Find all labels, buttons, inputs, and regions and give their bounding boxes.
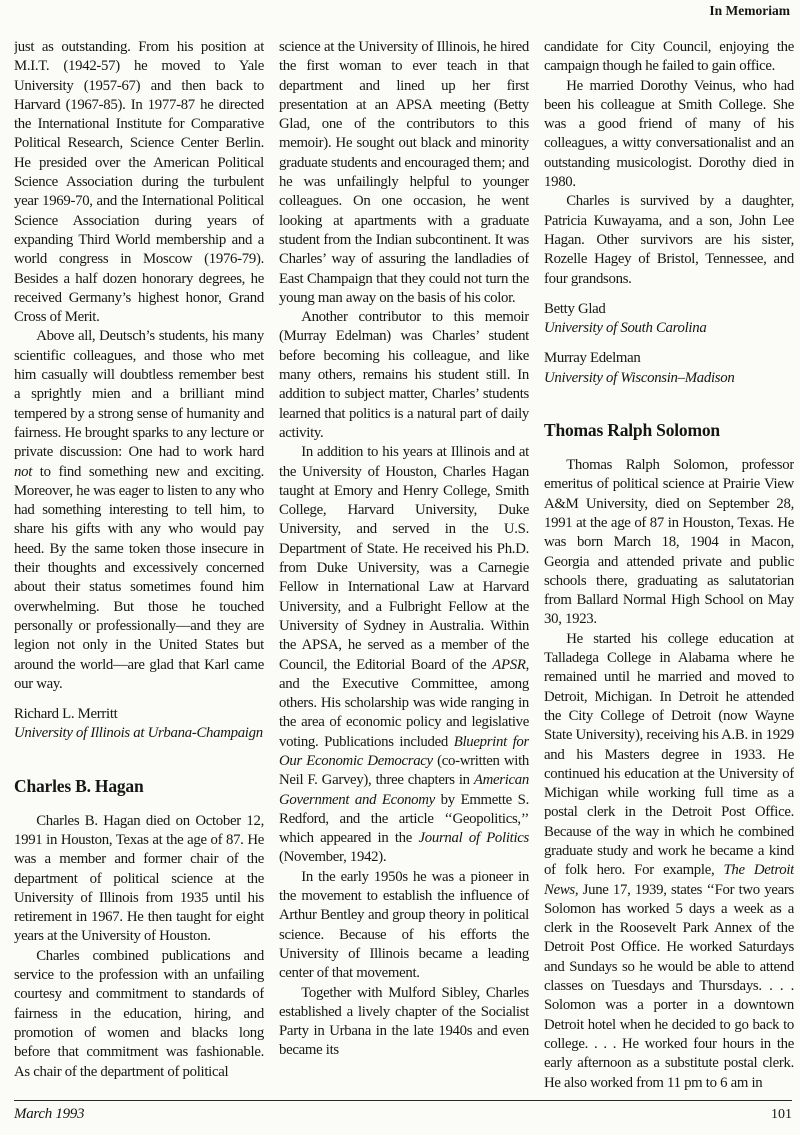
paragraph: Charles combined publications and servic… <box>14 947 264 1082</box>
paragraph: science at the University of Illinois, h… <box>279 38 529 308</box>
text-run: Richard L. Merritt <box>14 706 118 722</box>
paragraph: Together with Mulford Sibley, Charles es… <box>279 984 529 1061</box>
text-run: University of Illinois at Urbana-Champai… <box>14 725 263 741</box>
paragraph: Thomas Ralph Solomon, professor emeritus… <box>544 456 794 630</box>
text-run: University of Wisconsin–Madison <box>544 370 734 386</box>
text-run: (November, 1942). <box>279 849 386 865</box>
text-run: Charles is survived by a daughter, Patri… <box>544 193 794 286</box>
page-number: 101 <box>771 1107 792 1123</box>
text-run: Thomas Ralph Solomon <box>544 420 720 440</box>
text-run: University of South Carolina <box>544 320 706 336</box>
text-run: Thomas Ralph Solomon, professor emeritus… <box>544 457 794 627</box>
signature-name: Richard L. Merritt <box>14 705 264 724</box>
paragraph: candidate for City Council, enjoying the… <box>544 38 794 77</box>
text-run: In addition to his years at Illinois and… <box>279 444 529 672</box>
italic-run: Journal of Politics <box>418 830 529 846</box>
paragraph: In addition to his years at Illinois and… <box>279 443 529 868</box>
text-run: Above all, Deutsch’s students, his many … <box>14 328 264 460</box>
paragraph: Charles is survived by a daughter, Patri… <box>544 192 794 288</box>
paragraph: Charles B. Hagan died on October 12, 199… <box>14 812 264 947</box>
column-3: candidate for City Council, enjoying the… <box>544 38 794 1108</box>
text-run: Murray Edelman <box>544 350 640 366</box>
text-run: to find something new and exciting. More… <box>14 464 264 692</box>
signature-affiliation: University of Illinois at Urbana-Champai… <box>14 724 264 743</box>
paragraph: Above all, Deutsch’s students, his many … <box>14 327 264 694</box>
paragraph: He started his college education at Tall… <box>544 630 794 1093</box>
paragraph: just as outstanding. From his position a… <box>14 38 264 327</box>
column-1: just as outstanding. From his position a… <box>14 38 264 1108</box>
obituary-title: Charles B. Hagan <box>14 776 264 797</box>
text-run: Betty Glad <box>544 301 606 317</box>
text-run: just as outstanding. From his position a… <box>14 39 264 325</box>
text-run: Charles combined publications and servic… <box>14 948 264 1080</box>
text-run: , June 17, 1939, states ‘‘For two years … <box>544 882 794 1091</box>
text-run: In the early 1950s he was a pioneer in t… <box>279 869 529 981</box>
page-footer: March 1993 101 <box>14 1106 792 1123</box>
italic-run: not <box>14 464 32 480</box>
column-2: science at the University of Illinois, h… <box>279 38 529 1108</box>
issue-date: March 1993 <box>14 1106 84 1123</box>
text-run: candidate for City Council, enjoying the… <box>544 39 794 74</box>
paragraph: Another contributor to this memoir (Murr… <box>279 308 529 443</box>
italic-run: APSR <box>492 657 525 673</box>
footer-rule <box>14 1100 792 1101</box>
text-run: He started his college education at Tall… <box>544 631 794 879</box>
signature-name: Betty Glad <box>544 300 794 319</box>
text-columns: just as outstanding. From his position a… <box>14 38 794 1108</box>
text-run: Another contributor to this memoir (Murr… <box>279 309 529 441</box>
signature-affiliation: University of Wisconsin–Madison <box>544 369 794 388</box>
text-run: Together with Mulford Sibley, Charles es… <box>279 985 529 1059</box>
signature-affiliation: University of South Carolina <box>544 319 794 338</box>
running-head: In Memoriam <box>709 3 790 19</box>
obituary-title: Thomas Ralph Solomon <box>544 420 794 441</box>
scanned-journal-page: { "page": { "running_head": "In Memoriam… <box>0 0 800 1135</box>
text-run: science at the University of Illinois, h… <box>279 39 529 306</box>
text-run: Charles B. Hagan <box>14 776 144 796</box>
signature-name: Murray Edelman <box>544 349 794 368</box>
paragraph: In the early 1950s he was a pioneer in t… <box>279 868 529 984</box>
text-run: He married Dorothy Veinus, who had been … <box>544 78 794 190</box>
paragraph: He married Dorothy Veinus, who had been … <box>544 77 794 193</box>
text-run: Charles B. Hagan died on October 12, 199… <box>14 813 264 945</box>
